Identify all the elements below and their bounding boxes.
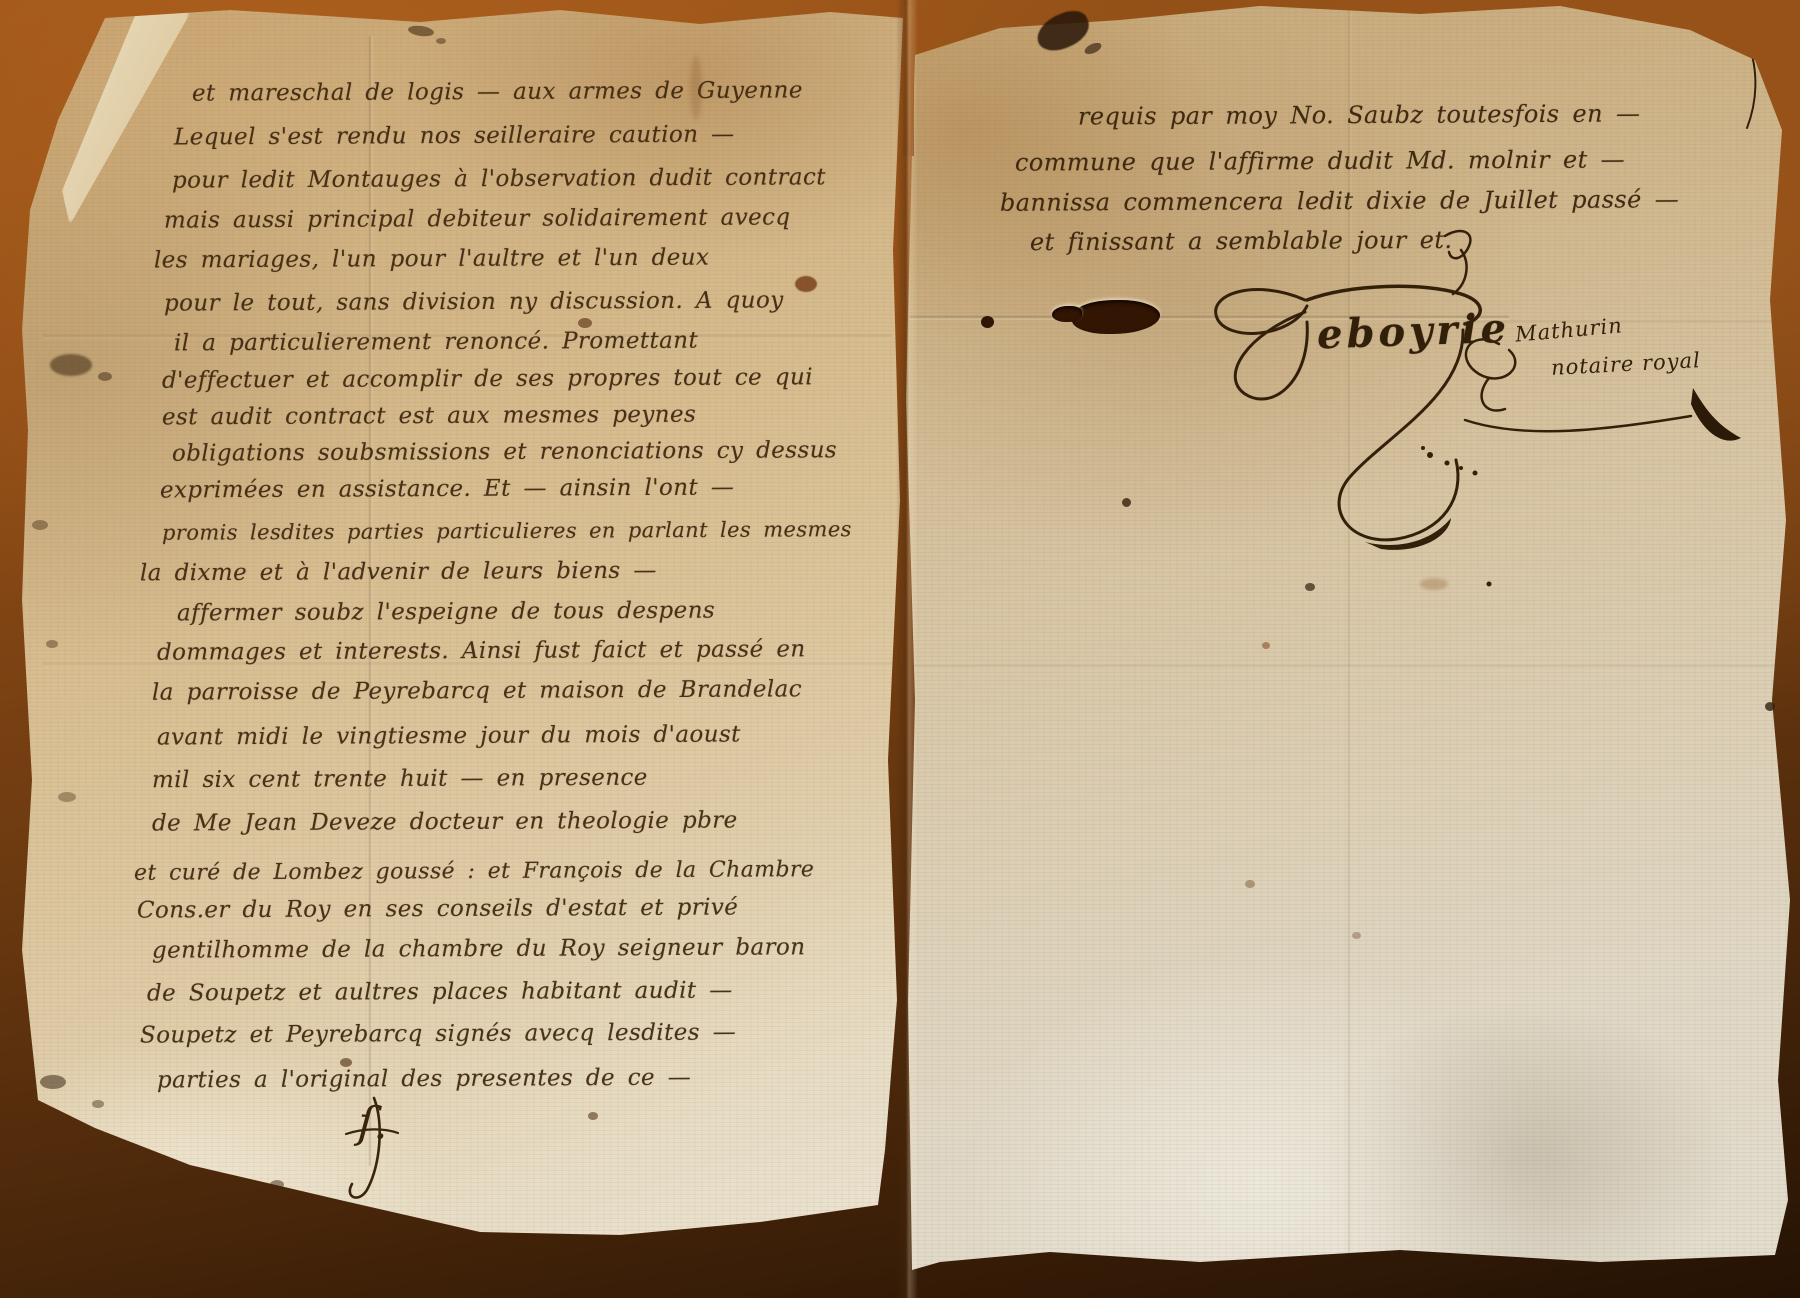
paper-hole xyxy=(1072,300,1160,334)
paraph-mark: ſ. xyxy=(356,1097,390,1150)
manuscript-line: pour ledit Montauges à l'observation dud… xyxy=(172,166,826,192)
horizontal-fold-crease xyxy=(909,664,1779,670)
manuscript-line: et finissant a semblable jour et. xyxy=(1030,228,1453,254)
manuscript-line: mil six cent trente huit — en presence xyxy=(152,767,648,793)
manuscript-line: avant midi le vingtiesme jour du mois d'… xyxy=(157,723,741,749)
manuscript-line: promis lesdites parties particulieres en… xyxy=(162,519,852,544)
manuscript-line: exprimées en assistance. Et — ainsin l'o… xyxy=(160,476,734,502)
manuscript-left-page: et mareschal de logis — aux armes de Guy… xyxy=(22,6,914,1238)
horizontal-fold-crease xyxy=(1463,320,1783,326)
manuscript-line: mais aussi principal debiteur solidairem… xyxy=(164,206,791,232)
manuscript-line: Lequel s'est rendu nos seilleraire cauti… xyxy=(174,124,735,150)
manuscript-line: Soupetz et Peyrebarcq signés avecq lesdi… xyxy=(140,1021,736,1047)
countersignature-title: notaire royal xyxy=(1550,348,1701,380)
photograph-of-manuscript: et mareschal de logis — aux armes de Guy… xyxy=(0,0,1800,1298)
manuscript-line: bannissa commencera ledit dixie de Juill… xyxy=(1000,187,1679,215)
manuscript-line: et curé de Lombez goussé : et François d… xyxy=(134,859,814,885)
manuscript-line: est audit contract est aux mesmes peynes xyxy=(162,404,696,430)
manuscript-line: pour le tout, sans division ny discussio… xyxy=(164,289,784,315)
manuscript-line: commune que l'affirme dudit Md. molnir e… xyxy=(1015,147,1625,174)
manuscript-line: requis par moy No. Saubz toutesfois en — xyxy=(1078,102,1640,129)
manuscript-line: d'effectuer et accomplir de ses propres … xyxy=(162,366,813,392)
paper-hole xyxy=(1052,306,1082,322)
manuscript-line: parties a l'original des presentes de ce… xyxy=(157,1067,691,1093)
manuscript-line: gentilhomme de la chambre du Roy seigneu… xyxy=(152,936,806,962)
manuscript-line: de Me Jean Deveze docteur en theologie p… xyxy=(152,809,738,835)
center-fold-shadow xyxy=(896,0,918,1298)
countersignature-name: Mathurin xyxy=(1514,313,1623,346)
manuscript-line: il a particulierement renoncé. Promettan… xyxy=(174,330,698,356)
manuscript-line: obligations soubsmissions et renonciatio… xyxy=(172,439,837,465)
signature-deboyrie: eboyrie xyxy=(1316,305,1511,359)
manuscript-line: dommages et interests. Ainsi fust faict … xyxy=(157,638,806,664)
manuscript-line: affermer soubz l'espeigne de tous despen… xyxy=(177,600,715,626)
manuscript-line: et mareschal de logis — aux armes de Guy… xyxy=(192,79,803,105)
manuscript-line: Cons.er du Roy en ses conseils d'estat e… xyxy=(137,896,738,922)
manuscript-line: la parroisse de Peyrebarcq et maison de … xyxy=(152,678,802,704)
manuscript-line: de Soupetz et aultres places habitant au… xyxy=(147,979,733,1005)
manuscript-right-page: requis par moy No. Saubz toutesfois en —… xyxy=(903,0,1792,1284)
manuscript-line: la dixme et à l'advenir de leurs biens — xyxy=(140,560,657,586)
manuscript-line: les mariages, l'un pour l'aultre et l'un… xyxy=(154,247,709,273)
